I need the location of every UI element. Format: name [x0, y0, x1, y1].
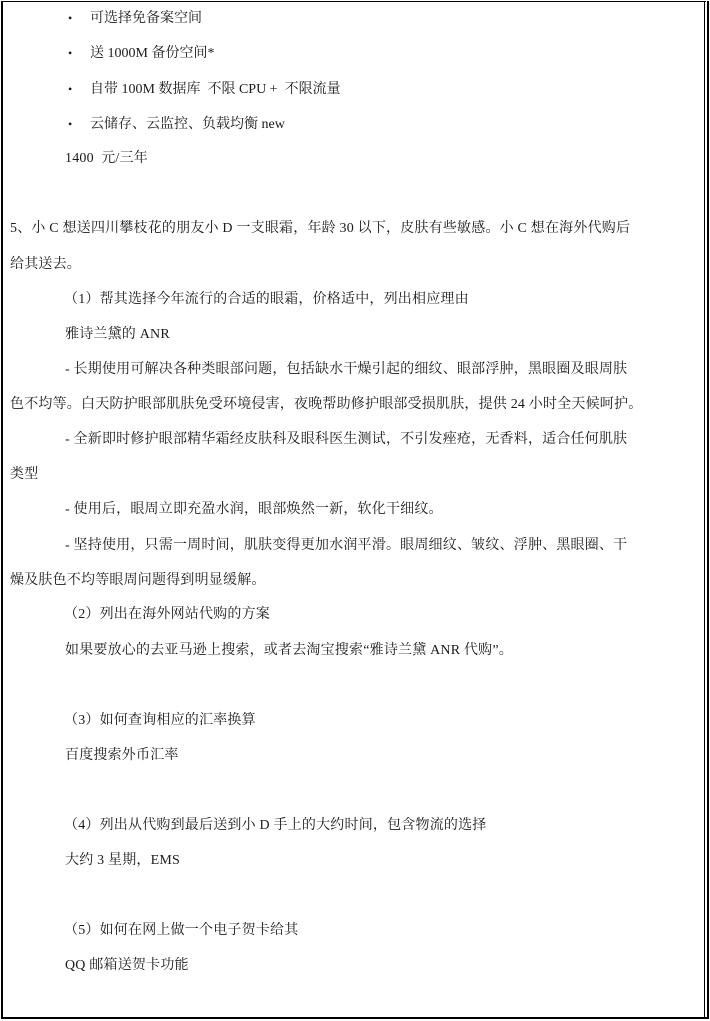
- bullet-icon: •: [68, 9, 90, 27]
- table-border-bottom: [1, 1017, 709, 1019]
- table-border-left: [1, 1, 3, 1019]
- q1-point-1-line-2: 色不均等。白天防护眼部肌肤免受环境侵害，夜晚帮助修护眼部受损肌肤，提供 24 小…: [10, 396, 642, 414]
- q3-prompt: （3）如何查询相应的汇率换算: [64, 712, 256, 730]
- q1-point-1-line-1: - 长期使用可解决各种类眼部问题，包括缺水干燥引起的细纹、眼部浮肿，黑眼圈及眼周…: [65, 361, 627, 379]
- bullet-item: •可选择免备案空间: [68, 9, 202, 28]
- q1-prompt: （1）帮其选择今年流行的合适的眼霜，价格适中，列出相应理由: [64, 291, 469, 309]
- q2-answer: 如果要放心的去亚马逊上搜索，或者去淘宝搜索“雅诗兰黛 ANR 代购”。: [65, 642, 513, 660]
- q1-point-4-line-1: - 坚持使用，只需一周时间，肌肤变得更加水润平滑。眼周细纹、皱纹、浮肿、黑眼圈、…: [65, 537, 627, 555]
- document-page: •可选择免备案空间 •送 1000M 备份空间* •自带 100M 数据库 不限…: [0, 0, 710, 1021]
- bullet-text: 自带 100M 数据库 不限 CPU + 不限流量: [90, 82, 341, 97]
- bullet-text: 可选择免备案空间: [90, 11, 202, 26]
- q3-answer: 百度搜索外币汇率: [65, 747, 179, 765]
- bullet-item: •送 1000M 备份空间*: [68, 44, 214, 63]
- bullet-icon: •: [68, 115, 90, 133]
- bullet-text: 云储存、云监控、负载均衡 new: [90, 117, 285, 132]
- q1-point-2-line-1: - 全新即时修护眼部精华霜经皮肤科及眼科医生测试，不引发痤疮，无香料，适合任何肌…: [65, 431, 627, 449]
- bullet-item: •云储存、云监控、负载均衡 new: [68, 115, 285, 134]
- table-border-top: [1, 1, 706, 2]
- table-border-right-inner: [704, 1, 705, 1019]
- price-text: 1400 元/三年: [65, 150, 148, 168]
- q1-point-3-line-1: - 使用后，眼周立即充盈水润，眼部焕然一新，软化干细纹。: [65, 501, 443, 519]
- question-5-line-1: 5、小 C 想送四川攀枝花的朋友小 D 一支眼霜，年龄 30 以下，皮肤有些敏感…: [10, 220, 630, 238]
- q2-prompt: （2）列出在海外网站代购的方案: [64, 606, 270, 624]
- bullet-icon: •: [68, 80, 90, 98]
- q1-point-2-line-2: 类型: [10, 466, 38, 484]
- q4-answer: 大约 3 星期，EMS: [65, 852, 180, 870]
- bullet-icon: •: [68, 44, 90, 62]
- q1-point-4-line-2: 燥及肤色不均等眼周问题得到明显缓解。: [10, 572, 266, 590]
- q5-prompt: （5）如何在网上做一个电子贺卡给其: [64, 922, 298, 940]
- q5-answer: QQ 邮箱送贺卡功能: [65, 957, 189, 975]
- bullet-item: •自带 100M 数据库 不限 CPU + 不限流量: [68, 80, 341, 99]
- q4-prompt: （4）列出从代购到最后送到小 D 手上的大约时间，包含物流的选择: [64, 817, 487, 835]
- bullet-text: 送 1000M 备份空间*: [90, 46, 214, 61]
- table-border-right-outer: [707, 1, 709, 1019]
- q1-answer-title: 雅诗兰黛的 ANR: [65, 326, 170, 344]
- question-5-line-2: 给其送去。: [10, 256, 81, 274]
